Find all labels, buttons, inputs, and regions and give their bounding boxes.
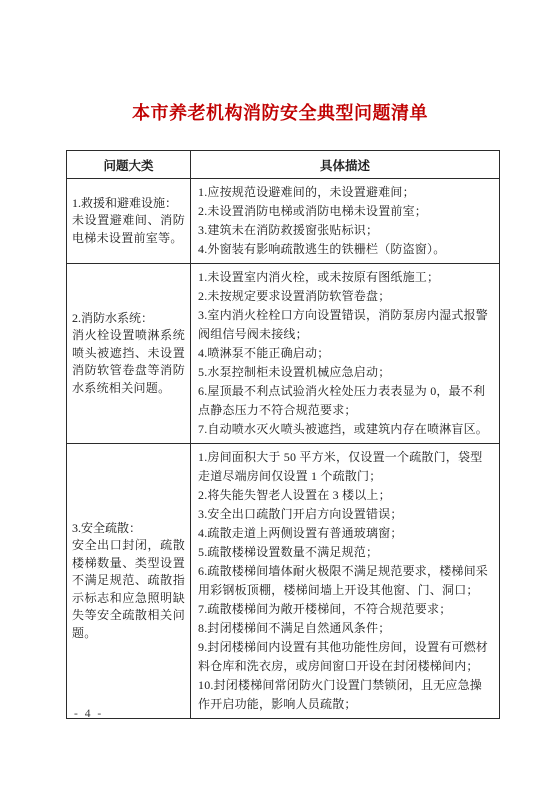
detail-line: 10.封闭楼梯间常闭防火门设置门禁锁闭，且无应急操作开启功能，影响人员疏散； <box>198 676 493 714</box>
problems-table: 问题大类 具体描述 1.救援和避难设施： 未设置避难间、消防电梯未设置前室等。 … <box>66 150 500 719</box>
detail-line: 7.自动喷水灭火喷头被遮挡，或建筑内存在喷淋盲区。 <box>198 420 493 439</box>
category-title: 1.救援和避难设施： <box>72 195 185 213</box>
detail-line: 1.未设置室内消火栓，或未按原有图纸施工； <box>198 268 493 287</box>
detail-line: 1.应按规范设避难间的，未设置避难间； <box>198 183 493 202</box>
details-cell: 1.房间面积大于 50 平方米，仅设置一个疏散门，袋型走道尽端房间仅设置 1 个… <box>191 444 499 718</box>
table-row-fire-water-system: 2.消防水系统： 消火栓设置喷淋系统喷头被遮挡、未设置消防软管卷盘等消防水系统相… <box>67 263 499 443</box>
detail-line: 2.未设置消防电梯或消防电梯未设置前室； <box>198 202 493 221</box>
page-number: - 4 - <box>74 708 103 720</box>
detail-line: 3.安全出口疏散门开启方向设置错误； <box>198 505 493 524</box>
category-title: 2.消防水系统： <box>72 310 185 328</box>
table-row-rescue-facilities: 1.救援和避难设施： 未设置避难间、消防电梯未设置前室等。 1.应按规范设避难间… <box>67 178 499 263</box>
details-cell: 1.应按规范设避难间的，未设置避难间；2.未设置消防电梯或消防电梯未设置前室；3… <box>191 179 499 263</box>
detail-line: 6.疏散楼梯间墙体耐火极限不满足规范要求，楼梯间采用彩钢板顶棚，楼梯间墙上开设其… <box>198 562 493 600</box>
category-title: 3.安全疏散： <box>72 520 185 538</box>
table-header-row: 问题大类 具体描述 <box>67 151 499 178</box>
category-description: 未设置避难间、消防电梯未设置前室等。 <box>72 212 185 247</box>
detail-line: 7.疏散楼梯间为敞开楼梯间，不符合规范要求； <box>198 600 493 619</box>
detail-line: 5.疏散楼梯设置数量不满足规范； <box>198 543 493 562</box>
detail-line: 4.疏散走道上两侧设置有普通玻璃窗； <box>198 524 493 543</box>
category-description: 消火栓设置喷淋系统喷头被遮挡、未设置消防软管卷盘等消防水系统相关问题。 <box>72 327 185 397</box>
table-row-safe-evacuation: 3.安全疏散： 安全出口封闭，疏散楼梯数量、类型设置不满足规范、疏散指示标志和应… <box>67 443 499 718</box>
detail-line: 4.外窗装有影响疏散逃生的铁栅栏（防盗窗）。 <box>198 240 493 259</box>
category-description: 安全出口封闭，疏散楼梯数量、类型设置不满足规范、疏散指示标志和应急照明缺失等安全… <box>72 537 185 642</box>
detail-line: 8.封闭楼梯间不满足自然通风条件； <box>198 619 493 638</box>
detail-line: 4.喷淋泵不能正确启动； <box>198 344 493 363</box>
detail-line: 3.室内消火栓栓口方向设置错误，消防泵房内湿式报警阀组信号阀未接线； <box>198 306 493 344</box>
detail-line: 3.建筑未在消防救援窗张贴标识； <box>198 221 493 240</box>
category-cell: 1.救援和避难设施： 未设置避难间、消防电梯未设置前室等。 <box>67 179 191 263</box>
document-page: 本市养老机构消防安全典型问题清单 问题大类 具体描述 1.救援和避难设施： 未设… <box>0 0 560 790</box>
category-cell: 3.安全疏散： 安全出口封闭，疏散楼梯数量、类型设置不满足规范、疏散指示标志和应… <box>67 444 191 718</box>
detail-line: 9.封闭楼梯间内设置有其他功能性房间，设置有可燃材料仓库和洗衣房，或房间窗口开设… <box>198 638 493 676</box>
header-details: 具体描述 <box>191 151 499 178</box>
details-cell: 1.未设置室内消火栓，或未按原有图纸施工；2.未按规定要求设置消防软管卷盘；3.… <box>191 264 499 443</box>
detail-line: 2.未按规定要求设置消防软管卷盘； <box>198 287 493 306</box>
document-title: 本市养老机构消防安全典型问题清单 <box>0 101 560 125</box>
category-cell: 2.消防水系统： 消火栓设置喷淋系统喷头被遮挡、未设置消防软管卷盘等消防水系统相… <box>67 264 191 443</box>
detail-line: 2.将失能失智老人设置在 3 楼以上； <box>198 486 493 505</box>
detail-line: 6.屋顶最不利点试验消火栓处压力表表显为 0，最不利点静态压力不符合规范要求； <box>198 382 493 420</box>
header-category: 问题大类 <box>67 151 191 178</box>
detail-line: 5.水泵控制柜未设置机械应急启动； <box>198 363 493 382</box>
detail-line: 1.房间面积大于 50 平方米，仅设置一个疏散门，袋型走道尽端房间仅设置 1 个… <box>198 448 493 486</box>
